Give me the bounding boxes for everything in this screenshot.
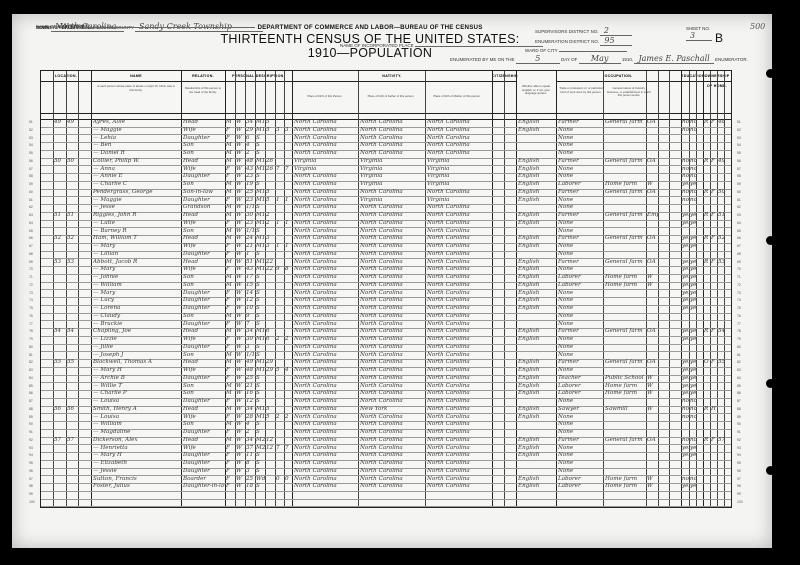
cell-read: yes	[682, 219, 689, 227]
cell-children-born: 3	[276, 126, 284, 134]
year-label: 1910,	[622, 57, 633, 62]
birth-mother-desc: Place of birth of Mother of this person.	[427, 95, 487, 99]
line-number-right: 75	[737, 306, 741, 310]
line-number: 97	[29, 477, 33, 481]
line-number: 61	[29, 198, 33, 202]
line-number: 80	[29, 345, 33, 349]
line-number-right: 96	[737, 469, 741, 473]
cell-father-birth: North Carolina	[360, 482, 424, 490]
cell-family: 55	[67, 358, 78, 366]
cell-industry: General farm	[605, 188, 646, 196]
enumerated-month: May	[579, 54, 621, 64]
cell-farm: F	[711, 436, 717, 444]
enumeration-district-label: Enumeration District No.	[535, 39, 599, 44]
line-number-right: 98	[737, 484, 741, 488]
cell-class: W	[647, 281, 658, 289]
cell-schedule: 48	[718, 118, 725, 126]
line-number-right: 71	[737, 275, 741, 279]
line-number: 92	[29, 438, 33, 442]
cell-dwelling: 49	[54, 118, 65, 126]
line-number-right: 57	[737, 167, 741, 171]
line-number-right: 90	[737, 422, 741, 426]
line-number-right: 80	[737, 345, 741, 349]
line-number: 94	[29, 453, 33, 457]
line-number-right: 58	[737, 174, 741, 178]
cell-language: English	[518, 451, 556, 459]
line-number-right: 94	[737, 453, 741, 457]
cell-family: 52	[67, 234, 78, 242]
cell-dwelling: 50	[54, 157, 65, 165]
line-number: 75	[29, 306, 33, 310]
cell-industry: General farm	[605, 118, 646, 126]
line-number-right: 60	[737, 190, 741, 194]
cell-children-born: 5	[276, 366, 284, 374]
cell-family: 51	[67, 211, 78, 219]
line-number-right: 82	[737, 360, 741, 364]
cell-schedule: 57	[718, 436, 725, 444]
stamp-number: 500	[750, 22, 765, 31]
cell-own: R	[704, 405, 710, 413]
cell-own: R	[704, 436, 710, 444]
line-number-right: 56	[737, 159, 741, 163]
cell-years-married: 29	[266, 366, 275, 374]
cell-schedule: 55	[718, 358, 725, 366]
cell-class: W	[647, 482, 658, 490]
cell-children-living: 7	[285, 444, 292, 452]
district-fields: Supervisors District No. 2 Enumeration D…	[535, 26, 632, 55]
cell-write: no	[690, 196, 697, 204]
line-number-right: 61	[737, 198, 741, 202]
line-number: 58	[29, 174, 33, 178]
cell-schedule: 51	[718, 211, 725, 219]
cell-write: yes	[690, 304, 697, 312]
trade-desc: Trade or profession of, or particular ki…	[559, 87, 603, 94]
line-number: 65	[29, 229, 33, 233]
line-number-right: 100	[737, 500, 743, 504]
line-number: 66	[29, 236, 33, 240]
cell-own: R	[704, 118, 710, 126]
industry-desc: General nature of industry, business, or…	[607, 87, 651, 98]
cell-children-living: 3	[285, 126, 292, 134]
enumerator-label: Enumerator.	[715, 57, 748, 62]
cell-family: 53	[67, 258, 78, 266]
line-number: 56	[29, 159, 33, 163]
line-number-right: 67	[737, 244, 741, 248]
cell-write: no	[690, 413, 697, 421]
header-education: EDUCATION.	[681, 71, 704, 82]
header-nativity: NATIVITY.	[292, 71, 493, 82]
cell-family: 56	[67, 405, 78, 413]
cell-years-married: 26	[266, 165, 275, 173]
cell-schedule: 53	[718, 258, 725, 266]
line-number-right: 85	[737, 384, 741, 388]
cell-children-living: 8	[285, 265, 292, 273]
line-number-right: 62	[737, 205, 741, 209]
header-relation: RELATION.	[181, 71, 226, 82]
cell-birth: North Carolina	[294, 482, 358, 490]
census-rows: 51514949Ayres, AllieHeadMW34M15North Car…	[41, 119, 731, 507]
punch-hole	[766, 466, 775, 475]
cell-industry: Home farm	[605, 281, 646, 289]
cell-industry: General farm	[605, 436, 646, 444]
cell-class: OA	[647, 327, 658, 335]
enumerator-name: James E. Paschall	[634, 54, 713, 64]
line-number-right: 84	[737, 376, 741, 380]
line-number: 96	[29, 469, 33, 473]
line-number-right: 87	[737, 399, 741, 403]
sheet-side: B	[715, 31, 723, 45]
header-occupation: OCCUPATION.	[556, 71, 682, 82]
line-number: 74	[29, 298, 33, 302]
punch-hole	[766, 236, 775, 245]
cell-age: 18	[246, 482, 256, 490]
line-number-right: 81	[737, 353, 741, 357]
line-number-right: 65	[737, 229, 741, 233]
cell-schedule: 50	[718, 188, 725, 196]
cell-children-born: 2	[276, 335, 284, 343]
cell-language: English	[518, 413, 556, 421]
sheet-number: 3	[686, 31, 712, 41]
cell-race: W	[236, 482, 245, 490]
line-number: 85	[29, 384, 33, 388]
line-number: 62	[29, 205, 33, 209]
line-number: 51	[29, 120, 33, 124]
relation-column-desc: Relationship of this person to the head …	[183, 87, 223, 94]
ward-value	[559, 51, 627, 52]
cell-industry: General farm	[605, 327, 646, 335]
line-number-right: 89	[737, 415, 741, 419]
line-number-right: 95	[737, 461, 741, 465]
line-number: 69	[29, 260, 33, 264]
line-number-right: 92	[737, 438, 741, 442]
supervisors-district-value: 2	[600, 26, 632, 36]
cell-children-born: 1	[276, 196, 284, 204]
cell-schedule: 54	[718, 327, 725, 335]
line-number: 100	[29, 500, 35, 504]
line-number: 84	[29, 376, 33, 380]
cell-write: no	[690, 126, 697, 134]
cell-dwelling: 56	[54, 405, 65, 413]
cell-family: 49	[67, 118, 78, 126]
cell-sex: F	[226, 482, 235, 490]
cell-own: R	[704, 327, 710, 335]
cell-industry: General farm	[605, 211, 646, 219]
enumerated-day: 5	[516, 54, 560, 64]
cell-language: English	[518, 242, 556, 250]
punch-hole	[766, 379, 775, 388]
line-number: 60	[29, 190, 33, 194]
cell-own: O	[704, 358, 710, 366]
cell-children-born: 1	[276, 242, 284, 250]
line-number-right: 51	[737, 120, 741, 124]
cell-dwelling: 57	[54, 436, 65, 444]
line-number-right: 70	[737, 267, 741, 271]
cell-children-born: 0	[276, 475, 284, 483]
cell-years-married: 5	[266, 413, 275, 421]
cell-industry: General farm	[605, 358, 646, 366]
line-number-right: 91	[737, 430, 741, 434]
line-number: 59	[29, 182, 33, 186]
line-number: 82	[29, 360, 33, 364]
line-number-right: 55	[737, 151, 741, 155]
cell-farm: F	[711, 157, 717, 165]
cell-write: yes	[690, 335, 697, 343]
cell-read: yes	[682, 304, 689, 312]
line-number: 87	[29, 399, 33, 403]
cell-language: English	[518, 219, 556, 227]
cell-write: yes	[690, 242, 697, 250]
line-number: 52	[29, 128, 33, 132]
cell-mother-birth: North Carolina	[427, 482, 491, 490]
birth-person-desc: Place of birth of this Person.	[295, 95, 355, 99]
line-number: 76	[29, 314, 33, 318]
enumeration-district-value: 95	[600, 36, 632, 46]
cell-children-living: 2	[285, 413, 292, 421]
line-number: 67	[29, 244, 33, 248]
day-of-label: day of	[561, 57, 577, 62]
cell-language: English	[518, 335, 556, 343]
line-number-right: 83	[737, 368, 741, 372]
cell-own: R	[704, 188, 710, 196]
cell-farm: F	[711, 358, 717, 366]
incorporated-label: Name of incorporated place	[340, 43, 414, 48]
incorporated-place-field: Name of incorporated place	[340, 43, 543, 48]
line-number: 89	[29, 415, 33, 419]
cell-children-living: 4	[285, 366, 292, 374]
line-number: 91	[29, 430, 33, 434]
line-number-right: 59	[737, 182, 741, 186]
incorporated-value	[415, 46, 543, 47]
line-number: 88	[29, 407, 33, 411]
cell-read: yes	[682, 242, 689, 250]
line-number: 63	[29, 213, 33, 217]
line-number: 54	[29, 143, 33, 147]
cell-dwelling: 53	[54, 258, 65, 266]
cell-years-married: 3	[266, 242, 275, 250]
line-number: 79	[29, 337, 33, 341]
cell-years-married: 5	[266, 126, 275, 134]
line-number: 71	[29, 275, 33, 279]
cell-class: W	[647, 405, 658, 413]
cell-farm: F	[711, 188, 717, 196]
line-number: 86	[29, 391, 33, 395]
cell-class: OA	[647, 436, 658, 444]
line-number: 99	[29, 492, 33, 496]
cell-write: yes	[690, 451, 697, 459]
cell-family: 50	[67, 157, 78, 165]
cell-children-living: 7	[285, 165, 292, 173]
line-number-right: 63	[737, 213, 741, 217]
cell-own: R	[704, 234, 710, 242]
institution-label: Name of institution	[36, 24, 86, 29]
cell-dwelling: 52	[54, 234, 65, 242]
cell-language: English	[518, 196, 556, 204]
cell-read: no	[682, 196, 689, 204]
cell-years-married: 22	[266, 265, 275, 273]
cell-children-born: 7	[276, 444, 284, 452]
cell-own: R	[704, 157, 710, 165]
cell-children-living: 2	[285, 335, 292, 343]
cell-years-married: 6	[266, 335, 275, 343]
cell-industry: General farm	[605, 234, 646, 242]
cell-class: OA	[647, 118, 658, 126]
cell-farm: F	[711, 234, 717, 242]
cell-industry: Home farm	[605, 482, 646, 490]
cell-relation: Daughter-in-law	[183, 482, 225, 490]
line-number-right: 74	[737, 298, 741, 302]
header-language-group	[516, 71, 557, 81]
cell-family: 54	[67, 327, 78, 335]
cell-children-living: 1	[285, 219, 292, 227]
enumerated-label: Enumerated by me on the	[450, 57, 515, 62]
line-number: 78	[29, 329, 33, 333]
line-number-right: 52	[737, 128, 741, 132]
cell-industry: General farm	[605, 157, 646, 165]
line-number: 83	[29, 368, 33, 372]
line-number: 81	[29, 353, 33, 357]
line-number: 77	[29, 322, 33, 326]
cell-read: no	[682, 413, 689, 421]
name-column-desc: of each person whose place of abode on A…	[95, 85, 177, 92]
cell-dwelling: 55	[54, 358, 65, 366]
line-number-right: 79	[737, 337, 741, 341]
supervisors-district-label: Supervisors District No.	[535, 29, 599, 34]
line-number-right: 99	[737, 492, 741, 496]
line-number: 53	[29, 136, 33, 140]
cell-schedule: 49	[718, 157, 725, 165]
table-row: 100100	[41, 499, 731, 508]
cell-class: OA	[647, 188, 658, 196]
line-number-right: 78	[737, 329, 741, 333]
enumeration-date-field: Enumerated by me on the 5 day of May 191…	[450, 54, 748, 64]
cell-industry: Home farm	[605, 389, 646, 397]
line-number-right: 68	[737, 252, 741, 256]
cell-class: Emp	[647, 211, 658, 219]
cell-years-married: 5	[266, 196, 275, 204]
cell-class: W	[647, 389, 658, 397]
cell-class: OA	[647, 358, 658, 366]
cell-industry: General farm	[605, 258, 646, 266]
census-table: LOCATION. NAME RELATION. PERSONAL DESCRI…	[40, 70, 732, 508]
line-number-right: 66	[737, 236, 741, 240]
line-number: 93	[29, 446, 33, 450]
cell-language: English	[518, 126, 556, 134]
line-number-right: 64	[737, 221, 741, 225]
line-number-right: 73	[737, 291, 741, 295]
cell-class: OA	[647, 157, 658, 165]
line-number: 72	[29, 283, 33, 287]
line-number-right: 53	[737, 136, 741, 140]
cell-years-married: 12	[266, 444, 275, 452]
cell-farm: F	[711, 118, 717, 126]
cell-dwelling: 51	[54, 211, 65, 219]
line-number-right: 76	[737, 314, 741, 318]
cell-farm: F	[711, 211, 717, 219]
line-number: 90	[29, 422, 33, 426]
cell-schedule: 52	[718, 234, 725, 242]
cell-read: yes	[682, 451, 689, 459]
cell-own: R	[704, 258, 710, 266]
cell-industry: Sawmill	[605, 405, 646, 413]
cell-farm: H	[711, 405, 717, 413]
cell-trade: Laborer	[558, 482, 603, 490]
cell-name: Foster, Julius	[93, 482, 181, 490]
cell-children-born: 2	[276, 413, 284, 421]
cell-children-living: 1	[285, 242, 292, 250]
line-number: 68	[29, 252, 33, 256]
language-desc: Whether able to speak English; or, if no…	[518, 85, 554, 96]
line-number: 73	[29, 291, 33, 295]
cell-language: English	[518, 304, 556, 312]
cell-class: OA	[647, 234, 658, 242]
column-headers: LOCATION. NAME RELATION. PERSONAL DESCRI…	[41, 71, 731, 114]
cell-children-living: 1	[285, 196, 292, 204]
line-number-right: 69	[737, 260, 741, 264]
line-number: 64	[29, 221, 33, 225]
cell-children-born: 7	[276, 165, 284, 173]
line-number-right: 88	[737, 407, 741, 411]
cell-write: yes	[690, 482, 697, 490]
cell-read: yes	[682, 482, 689, 490]
line-number-right: 77	[737, 322, 741, 326]
birth-father-desc: Place of birth of Father of this person.	[361, 95, 421, 99]
line-number: 57	[29, 167, 33, 171]
line-number: 70	[29, 267, 33, 271]
cell-dwelling: 54	[54, 327, 65, 335]
cell-language: English	[518, 482, 556, 490]
cell-farm: F	[711, 327, 717, 335]
line-number: 95	[29, 461, 33, 465]
cell-marital: S	[256, 482, 265, 490]
cell-class: OA	[647, 258, 658, 266]
cell-read: no	[682, 126, 689, 134]
cell-language: English	[518, 389, 556, 397]
cell-children-born: 1	[276, 219, 284, 227]
sheet-number-field: Sheet No. 3	[686, 26, 712, 41]
cell-own: R	[704, 211, 710, 219]
line-number-right: 86	[737, 391, 741, 395]
line-number: 55	[29, 151, 33, 155]
cell-family: 57	[67, 436, 78, 444]
cell-children-living: 0	[285, 475, 292, 483]
cell-years-married: 2	[266, 219, 275, 227]
line-number-right: 97	[737, 477, 741, 481]
header-name: NAME	[91, 71, 182, 82]
line-number-right: 54	[737, 143, 741, 147]
line-number-right: 93	[737, 446, 741, 450]
line-number-right: 72	[737, 283, 741, 287]
ward-label: Ward of city	[525, 48, 558, 53]
punch-hole	[766, 69, 775, 78]
cell-farm: F	[711, 258, 717, 266]
cell-children-born: 9	[276, 265, 284, 273]
cell-read: yes	[682, 335, 689, 343]
department-heading: DEPARTMENT OF COMMERCE AND LABOR—BUREAU …	[210, 24, 530, 31]
line-number: 98	[29, 484, 33, 488]
cell-write: yes	[690, 219, 697, 227]
